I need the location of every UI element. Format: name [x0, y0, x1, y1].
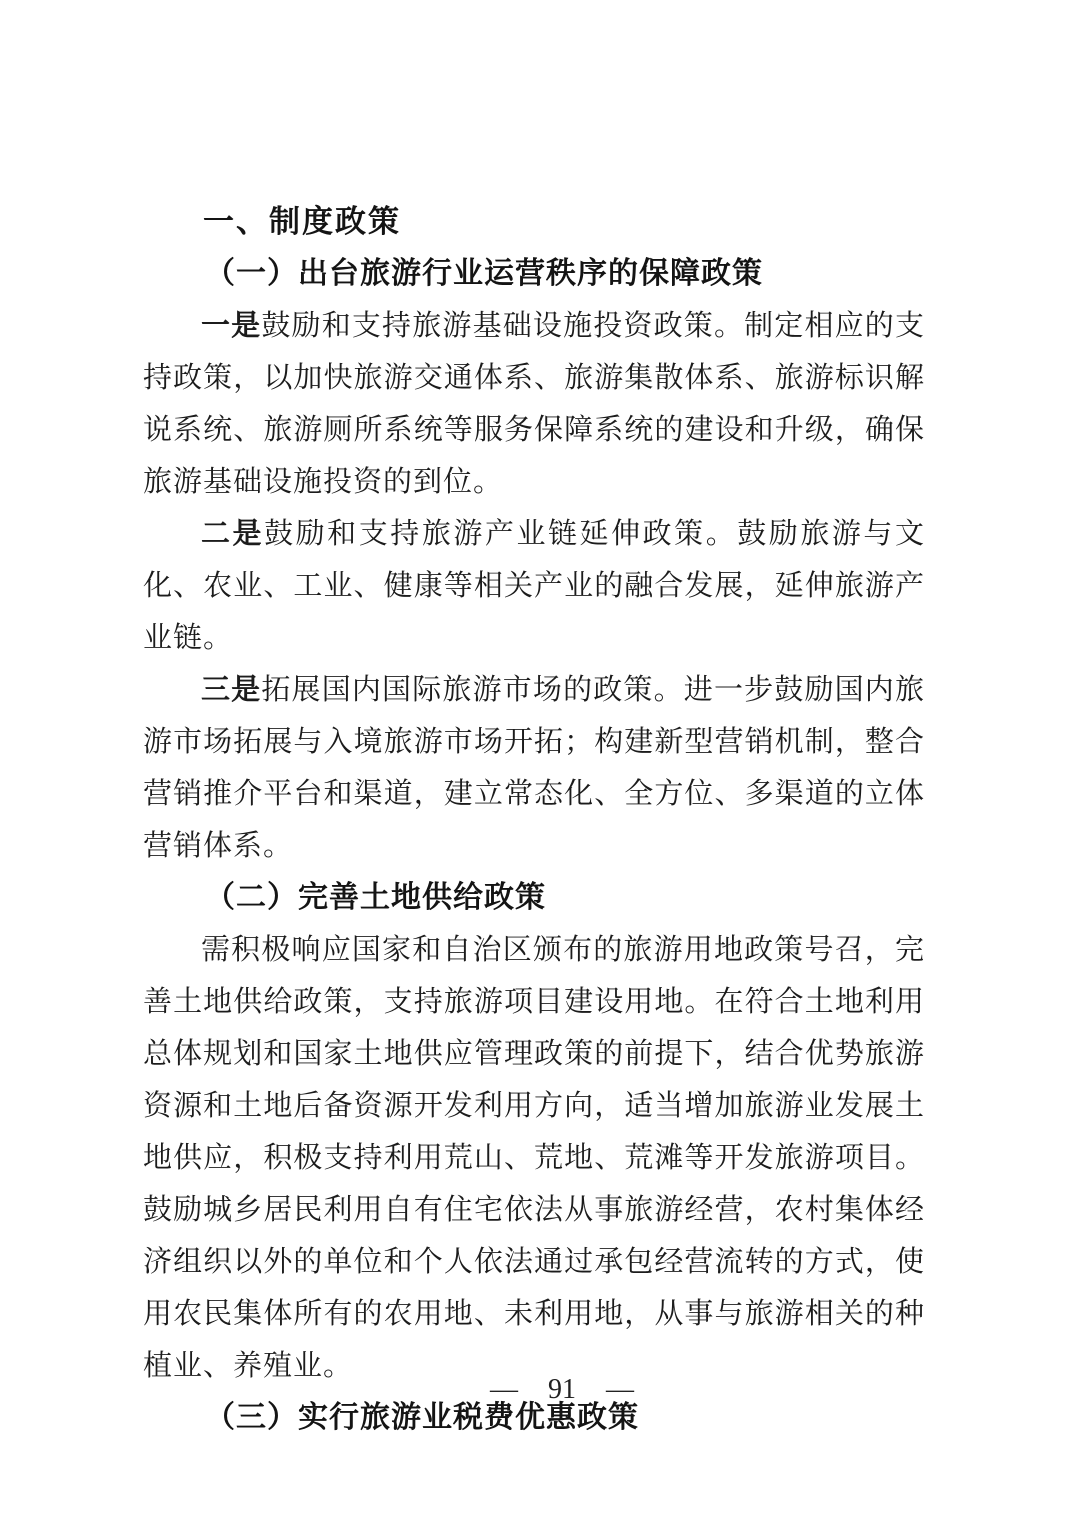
paragraph: 一是鼓励和支持旅游基础设施投资政策。制定相应的支持政策，以加快旅游交通体系、旅游…	[143, 300, 925, 508]
paragraph-lead: 三是	[201, 674, 261, 706]
document-page: 一、制度政策 （一）出台旅游行业运营秩序的保障政策 一是鼓励和支持旅游基础设施投…	[0, 0, 1070, 1515]
paragraph: 三是拓展国内国际旅游市场的政策。进一步鼓励国内旅游市场拓展与入境旅游市场开拓；构…	[143, 664, 925, 872]
footer-left-dash: —	[490, 1368, 518, 1412]
paragraph-text: 鼓励和支持旅游基础设施投资政策。制定相应的支持政策，以加快旅游交通体系、旅游集散…	[143, 310, 925, 498]
subsection-2-heading: （二）完善土地供给政策	[205, 872, 925, 924]
paragraph: 二是鼓励和支持旅游产业链延伸政策。鼓励旅游与文化、农业、工业、健康等相关产业的融…	[143, 508, 925, 664]
paragraph-text: 需积极响应国家和自治区颁布的旅游用地政策号召，完善土地供给政策，支持旅游项目建设…	[143, 934, 925, 1382]
page-content: 一、制度政策 （一）出台旅游行业运营秩序的保障政策 一是鼓励和支持旅游基础设施投…	[143, 196, 925, 1444]
paragraph-lead: 一是	[201, 310, 261, 342]
section-title: 一、制度政策	[203, 196, 925, 248]
paragraph: 需积极响应国家和自治区颁布的旅游用地政策号召，完善土地供给政策，支持旅游项目建设…	[143, 924, 925, 1392]
footer-right-dash: —	[606, 1368, 634, 1412]
page-footer: —91—	[27, 1368, 1070, 1412]
paragraph-lead: 二是	[201, 518, 264, 550]
subsection-1-heading: （一）出台旅游行业运营秩序的保障政策	[205, 248, 925, 300]
page-number: 91	[548, 1368, 576, 1412]
paragraph-text: 拓展国内国际旅游市场的政策。进一步鼓励国内旅游市场拓展与入境旅游市场开拓；构建新…	[143, 674, 925, 862]
